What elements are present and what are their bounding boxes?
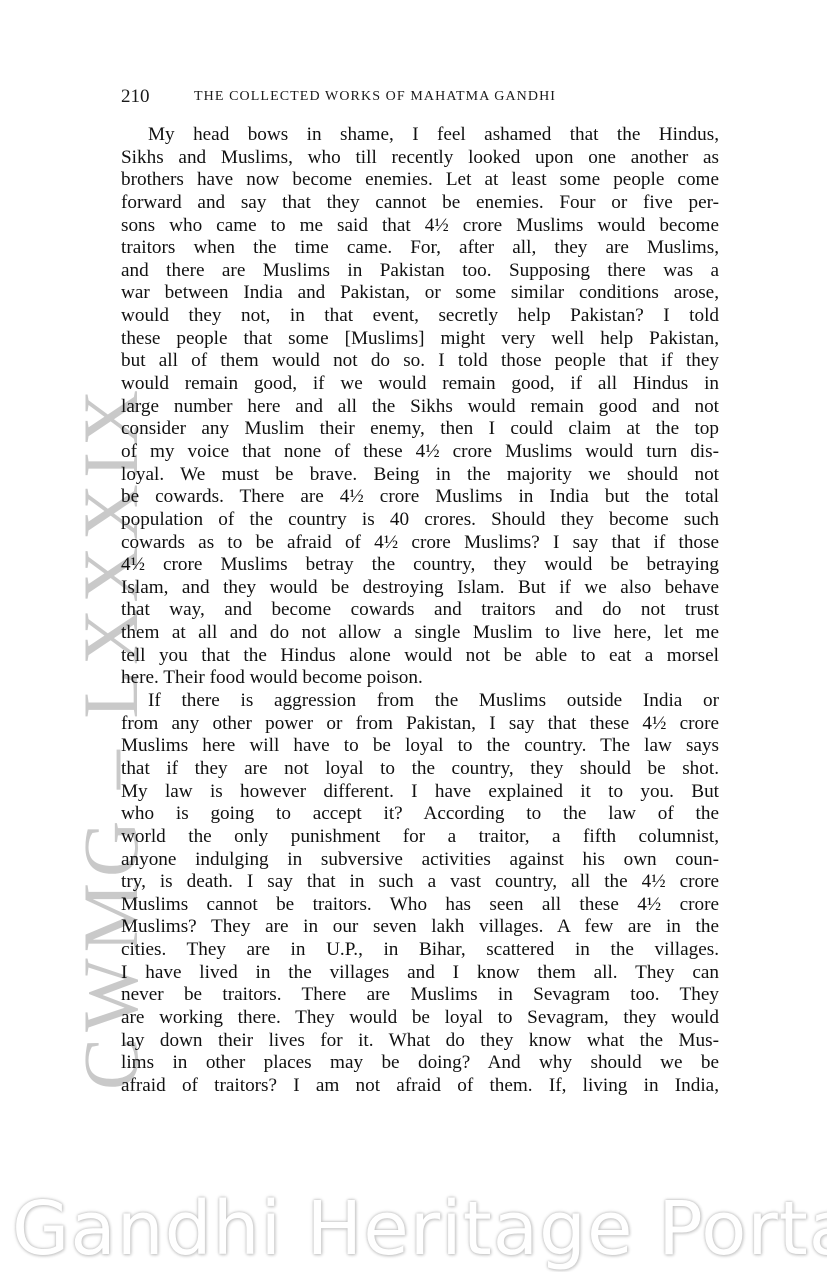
text-line: lay down their lives for it. What do the… [121, 1030, 719, 1053]
text-line: Muslims cannot be traitors. Who has seen… [121, 894, 719, 917]
text-line: tell you that the Hindus alone would not… [121, 645, 719, 668]
text-line: these people that some [Muslims] might v… [121, 328, 719, 351]
text-line: If there is aggression from the Muslims … [121, 690, 719, 713]
text-line: never be traitors. There are Muslims in … [121, 984, 719, 1007]
text-line: population of the country is 40 crores. … [121, 509, 719, 532]
text-line: afraid of traitors? I am not afraid of t… [121, 1075, 719, 1098]
text-line: lims in other places may be doing? And w… [121, 1052, 719, 1075]
running-title: THE COLLECTED WORKS OF MAHATMA GANDHI [194, 89, 556, 105]
text-line: them at all and do not allow a single Mu… [121, 622, 719, 645]
text-line: My head bows in shame, I feel ashamed th… [121, 124, 719, 147]
text-line: Sikhs and Muslims, who till recently loo… [121, 147, 719, 170]
page-number: 210 [121, 86, 150, 108]
text-line: try, is death. I say that in such a vast… [121, 871, 719, 894]
book-page: 210 THE COLLECTED WORKS OF MAHATMA GANDH… [0, 0, 827, 1272]
text-line: would remain good, if we would remain go… [121, 373, 719, 396]
text-line: Islam, and they would be destroying Isla… [121, 577, 719, 600]
text-line: would they not, in that event, secretly … [121, 305, 719, 328]
text-line: I have lived in the villages and I know … [121, 962, 719, 985]
text-line: from any other power or from Pakistan, I… [121, 713, 719, 736]
text-line: anyone indulging in subversive activitie… [121, 849, 719, 872]
text-line: consider any Muslim their enemy, then I … [121, 418, 719, 441]
text-line: and there are Muslims in Pakistan too. S… [121, 260, 719, 283]
text-line: that if they are not loyal to the countr… [121, 758, 719, 781]
text-line: cities. They are in U.P., in Bihar, scat… [121, 939, 719, 962]
text-line: large number here and all the Sikhs woul… [121, 396, 719, 419]
text-line: that way, and become cowards and traitor… [121, 599, 719, 622]
text-line: who is going to accept it? According to … [121, 803, 719, 826]
text-line: 4½ crore Muslims betray the country, the… [121, 554, 719, 577]
text-line: war between India and Pakistan, or some … [121, 282, 719, 305]
text-line: forward and say that they cannot be enem… [121, 192, 719, 215]
text-line: Muslims? They are in our seven lakh vill… [121, 916, 719, 939]
running-header: 210 THE COLLECTED WORKS OF MAHATMA GANDH… [121, 86, 721, 110]
text-line: but all of them would not do so. I told … [121, 350, 719, 373]
body-text: My head bows in shame, I feel ashamed th… [121, 124, 719, 1098]
text-line: loyal. We must be brave. Being in the ma… [121, 464, 719, 487]
text-line: world the only punishment for a traitor,… [121, 826, 719, 849]
text-line: Muslims here will have to be loyal to th… [121, 735, 719, 758]
text-line: sons who came to me said that 4½ crore M… [121, 215, 719, 238]
text-line: be cowards. There are 4½ crore Muslims i… [121, 486, 719, 509]
text-line: of my voice that none of these 4½ crore … [121, 441, 719, 464]
text-line: are working there. They would be loyal t… [121, 1007, 719, 1030]
text-line: here. Their food would become poison. [121, 667, 719, 690]
text-line: cowards as to be afraid of 4½ crore Musl… [121, 532, 719, 555]
text-line: brothers have now become enemies. Let at… [121, 169, 719, 192]
text-line: traitors when the time came. For, after … [121, 237, 719, 260]
text-line: My law is however different. I have expl… [121, 781, 719, 804]
portal-watermark: Gandhi Heritage Portal [12, 1186, 817, 1272]
